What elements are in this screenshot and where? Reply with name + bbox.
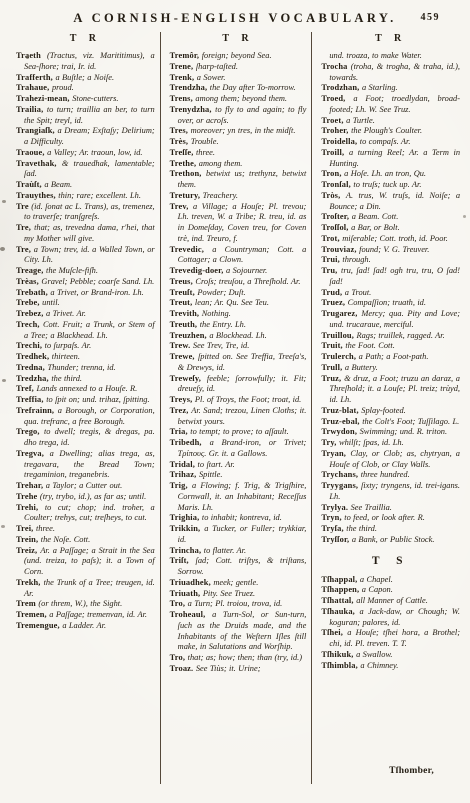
dictionary-entry: Tro, that; as; how; then; than (try, id.… <box>170 653 307 664</box>
entry-gloss: (try, trybo, id.), as far as; until. <box>40 492 146 501</box>
entry-headword: Trem <box>16 599 38 608</box>
entry-gloss: Thunder; trenna, id. <box>47 363 115 372</box>
entry-gloss: a Beam. Cott. <box>352 212 399 221</box>
entry-gloss: to feed, or look after. R. <box>344 513 425 522</box>
dictionary-entry: Triſt, ſad; Cott. triſtys, & triſtans, S… <box>170 556 307 578</box>
entry-gloss: Spittle. <box>199 470 223 479</box>
entry-headword: Trehar, <box>16 481 46 490</box>
dictionary-entry: Treage, the Muſcle-fiſh. <box>16 266 155 277</box>
dictionary-entry: Trem (or threm, W.), the Sight. <box>16 599 155 610</box>
dictionary-entry: und. troaza, to make Water. <box>321 51 460 62</box>
entry-headword: Treus, <box>170 277 196 286</box>
dictionary-entry: Trighia, to inhabit; kontreva, id. <box>170 513 307 524</box>
entry-gloss: a Town; trev, id. a Walled Town, or City… <box>24 245 155 265</box>
entry-headword: Trefrainn, <box>16 406 58 415</box>
ink-speck <box>26 56 29 59</box>
entry-headword: Trevedig-doer, <box>170 266 226 275</box>
dictionary-entry: Trulerch, a Path; a Foot-path. <box>321 352 460 363</box>
entry-headword: Tſhappal, <box>321 575 360 584</box>
entry-gloss: a Bank, or Public Stock. <box>352 535 435 544</box>
entry-headword: Trikkin, <box>170 524 205 533</box>
dictionary-entry: Trendzha, the Day after To-morrow. <box>170 83 307 94</box>
dictionary-entry: Trehar, a Taylor; a Cutter out. <box>16 481 155 492</box>
dictionary-entry: Trevedic, a Countryman; Cott. a Cottager… <box>170 245 307 267</box>
entry-gloss: a Taylor; a Cutter out. <box>46 481 123 490</box>
dictionary-entry: Tredzha, the third. <box>16 374 155 385</box>
entry-headword: Trethe, <box>170 159 199 168</box>
entry-gloss: among them; beyond them. <box>195 94 287 103</box>
entry-headword: Trafferth, <box>16 73 55 82</box>
dictionary-entry: Trud, a Trout. <box>321 288 460 299</box>
dictionary-entry: Trekh, the Trunk of a Tree; treugen, id.… <box>16 578 155 600</box>
dictionary-entry: Tremen, a Paſſage; tremenvan, id. Ar. <box>16 610 155 621</box>
dictionary-entry: Tròs, A. trus, W. truſs, id. Noiſe; a Bo… <box>321 191 460 213</box>
entry-headword: Trouviaz, <box>321 245 359 254</box>
entry-gloss: thin; rare; excellent. Lh. <box>58 191 141 200</box>
dictionary-entry: Tre, that; as, trevedna dama, r'hei, tha… <box>16 223 155 245</box>
entry-gloss: a Flowing; f. Trig, & Trigſhire, Cornwal… <box>178 481 307 512</box>
entry-headword: Truz-ebal, <box>321 417 362 426</box>
ink-speck <box>0 247 5 251</box>
entry-headword: Trahaue, <box>16 83 52 92</box>
entry-gloss: a Trivet, or Brand-iron. Lh. <box>50 288 143 297</box>
dictionary-entry: Troheaul, a Turn-Sol, or Sun-turn, ſuch … <box>170 610 307 653</box>
dictionary-entry: Troidella, to compaſs. Ar. <box>321 137 460 148</box>
entry-headword: Treuſt, <box>170 288 198 297</box>
dictionary-entry: Trego, to dwell; tregis, & dregas, pa. d… <box>16 427 155 449</box>
entry-headword: Treffia, <box>16 395 46 404</box>
entry-gloss: to flatter. Ar. <box>204 546 246 555</box>
dictionary-entry: Troher, the Plough's Coulter. <box>321 126 460 137</box>
entry-gloss: Ar. a Paſſage; a Strait in the Sea (und.… <box>24 546 155 577</box>
entry-headword: Tregva, <box>16 449 50 458</box>
entry-gloss: Nothing. <box>202 309 231 318</box>
entry-headword: Trychans, <box>321 470 360 479</box>
entry-gloss: a Beam. <box>44 180 72 189</box>
dictionary-entry: Triuadhek, meek; gentle. <box>170 578 307 589</box>
entry-gloss: to ſurpaſs. Ar. <box>45 341 92 350</box>
entry-headword: Tryygans, <box>321 481 361 490</box>
dictionary-entry: Tſhikuk, a Swallow. <box>321 650 460 661</box>
dictionary-entry: Tronſal, to truſs; tuck up. Ar. <box>321 180 460 191</box>
entry-headword: Trahezi-mean, <box>16 94 72 103</box>
entry-gloss: Treachery. <box>203 191 238 200</box>
dictionary-entry: Trevedig-doer, a Sojourner. <box>170 266 307 277</box>
entry-headword: Trekh, <box>16 578 44 587</box>
dictionary-entry: Triuath, Pity. See Truez. <box>170 589 307 600</box>
entry-gloss: und. troaza, to make Water. <box>329 51 421 60</box>
entry-gloss: a Sojourner. <box>226 266 267 275</box>
entry-gloss: a Buſtle; a Noiſe. <box>55 73 114 82</box>
entry-gloss: ſad; Cott. triſtys, & triſtans, Sorrow. <box>178 556 307 576</box>
ink-speck <box>2 379 6 382</box>
entry-headword: Troſter, <box>321 212 351 221</box>
entry-gloss: the Plough's Coulter. <box>351 126 422 135</box>
entry-gloss: through. <box>342 255 370 264</box>
dictionary-entry: Trull, a Buttery. <box>321 363 460 374</box>
dictionary-entry: Trei, three. <box>16 524 155 535</box>
entry-gloss: to truſs; tuck up. Ar. <box>353 180 421 189</box>
entry-gloss: a Swallow. <box>356 650 392 659</box>
dictionary-entry: Trèas, Gravel; Pebble; coarſe Sand. Lh. <box>16 277 155 288</box>
entry-headword: Troheaul, <box>170 610 212 619</box>
dictionary-entry: Trwydon, Swimming; und. R. triton. <box>321 427 460 438</box>
entry-headword: Trew. <box>170 341 193 350</box>
entry-gloss: that; as, trevedna dama, r'hei, that my … <box>24 223 155 243</box>
entry-gloss: A. trus, W. truſs, id. Noiſe; a Bounce; … <box>329 191 460 211</box>
dictionary-entry: Tregva, a Dwelling; alias trega, as, tre… <box>16 449 155 481</box>
entry-gloss: all Manner of Cattle. <box>356 596 428 605</box>
entry-headword: Tremen, <box>16 610 49 619</box>
entry-gloss: a Bar, or Bolt. <box>351 223 400 232</box>
dictionary-entry: Truz, & druz, a Foot; truzu an daraz, a … <box>321 374 460 406</box>
entry-gloss: among them. <box>199 159 243 168</box>
entry-gloss: Pity. See Truez. <box>203 589 255 598</box>
dictionary-entry: Trauythes, thin; rare; excellent. Lh. <box>16 191 155 202</box>
dictionary-entry: Trot, miſerable; Cott. troth, id. Poor. <box>321 234 460 245</box>
entry-headword: Tſhattal, <box>321 596 356 605</box>
entry-gloss: the Noſe. Cott. <box>41 535 90 544</box>
entry-headword: Triuadhek, <box>170 578 214 587</box>
entry-headword: Trez, <box>170 406 192 415</box>
entry-headword: Trenk, <box>170 73 197 82</box>
entry-headword: Trot, <box>321 234 342 243</box>
entry-gloss: meek; gentle. <box>213 578 258 587</box>
columns-container: T R Traeth (Tractus, viz. Marititimus), … <box>7 32 465 784</box>
entry-headword: Troed, <box>321 94 353 103</box>
dictionary-entry: Trein, the Noſe. Cott. <box>16 535 155 546</box>
page-title: A CORNISH-ENGLISH VOCABULARY. <box>73 11 396 26</box>
entry-gloss: three hundred. <box>361 470 410 479</box>
dictionary-entry: Tryygans, ſixty; tryngens, id. trei-igan… <box>321 481 460 503</box>
ink-speck <box>463 215 466 218</box>
entry-gloss: the Colt's Foot; Tuſſilago. L. <box>362 417 459 426</box>
entry-gloss: the Trunk of a Tree; treugen, id. Ar. <box>24 578 155 598</box>
entry-gloss: See Traillia. <box>351 503 392 512</box>
entry-gloss: a Turtle. <box>346 116 375 125</box>
entry-gloss: the Muſcle-fiſh. <box>46 266 98 275</box>
entry-gloss: a Chimney. <box>360 661 398 670</box>
entry-gloss: Ar. Sand; trezou, Linen Cloths; it. betw… <box>178 406 307 426</box>
entry-gloss: to compaſs. Ar. <box>360 137 411 146</box>
entry-headword: Trewe, <box>170 352 198 361</box>
entry-gloss: a Hoſe. Lh. an tron, Qu. <box>344 169 426 178</box>
entry-gloss: (id. ſonat ac L. Trans), as, tremenez, t… <box>24 202 155 222</box>
dictionary-entry: Treuſt, Powder; Duſt. <box>170 288 307 299</box>
dictionary-entry: Très, Trouble. <box>170 137 307 148</box>
entry-headword: Tryſſor, <box>321 535 352 544</box>
entry-gloss: the Day after To-morrow. <box>210 83 296 92</box>
dictionary-entry: Trene, ſharp-taſted. <box>170 62 307 73</box>
section-header: T S <box>321 555 460 567</box>
dictionary-entry: Traeth (Tractus, viz. Marititimus), a Se… <box>16 51 155 73</box>
dictionary-entry: Treweſy, feeble; ſorrowfully; it. Fit; d… <box>170 374 307 396</box>
dictionary-entry: Treus, Croſs; treuſou, a Threſhold. Ar. <box>170 277 307 288</box>
entry-headword: Trechi, <box>16 341 45 350</box>
entry-headword: Truz-blat, <box>321 406 361 415</box>
entry-headword: Trailia, <box>16 105 47 114</box>
column-header: T R <box>321 32 460 51</box>
entry-headword: Trehe <box>16 492 40 501</box>
entry-gloss: to inhabit; kontreva, id. <box>202 513 282 522</box>
entry-headword: Traeth <box>16 51 47 60</box>
dictionary-entry: Trenk, a Sower. <box>170 73 307 84</box>
entry-gloss: a Village; a Houſe; Pl. trevou; Lh. trev… <box>178 202 307 243</box>
column-body: Tremôr, foreign; beyond Sea.Trene, ſharp… <box>170 51 307 675</box>
entry-headword: Tre, <box>16 223 34 232</box>
entry-headword: Trein, <box>16 535 41 544</box>
entry-headword: Troher, <box>321 126 351 135</box>
entry-headword: Tron, <box>321 169 344 178</box>
entry-headword: Treut, <box>170 298 195 307</box>
dictionary-entry: Troed, a Foot; troedlydan, broad-footed;… <box>321 94 460 116</box>
dictionary-entry: Trethon, betwixt us; trethynz, betwixt t… <box>170 169 307 191</box>
entry-gloss: Compaſſion; truath, id. <box>348 298 426 307</box>
entry-headword: Tre, <box>16 245 34 254</box>
dictionary-entry: Trev, a Village; a Houſe; Pl. trevou; Lh… <box>170 202 307 245</box>
dictionary-entry: Trailia, to turn; traillia an ber, to tu… <box>16 105 155 127</box>
entry-gloss: a Turn; Pl. troiou, trova, id. <box>188 599 283 608</box>
entry-gloss: lean; Ar. Qu. See Teu. <box>195 298 269 307</box>
dictionary-entry: Tron, a Hoſe. Lh. an tron, Qu. <box>321 169 460 180</box>
column-body: und. troaza, to make Water.Trocha (troha… <box>321 51 460 671</box>
entry-gloss: Lands annexed to a Houſe. R. <box>36 384 137 393</box>
entry-headword: Trethon, <box>170 169 206 178</box>
entry-gloss: that; as; how; then; than (try, id.) <box>188 653 302 662</box>
dictionary-entry: Tremôr, foreign; beyond Sea. <box>170 51 307 62</box>
entry-headword: Tria, <box>170 427 191 436</box>
entry-headword: Trene, <box>170 62 196 71</box>
dictionary-entry: Tredhek, thirteen. <box>16 352 155 363</box>
entry-headword: Trech, <box>16 320 43 329</box>
entry-gloss: ſharp-taſted. <box>196 62 238 71</box>
entry-headword: Trui, <box>321 255 342 264</box>
entry-gloss: a Chapel. <box>360 575 393 584</box>
entry-headword: Troſſol, <box>321 223 351 232</box>
entry-gloss: & druz, a Foot; truzu an daraz, a Threſh… <box>329 374 460 405</box>
entry-gloss: a Buttery. <box>345 363 378 372</box>
entry-headword: Troidella, <box>321 137 359 146</box>
entry-gloss: a Path; a Foot-path. <box>359 352 429 361</box>
entry-gloss: See Tiùs; it. Urine; <box>196 664 261 673</box>
entry-headword: Tres, <box>170 126 191 135</box>
page-number: 459 <box>421 12 441 23</box>
dictionary-entry: Tru, tru, ſad! ſad! ogh tru, tru, O ſad!… <box>321 266 460 288</box>
entry-headword: Trwydon, <box>321 427 359 436</box>
entry-headword: Trauythes, <box>16 191 58 200</box>
entry-headword: Try, <box>321 438 339 447</box>
entry-headword: Tryn, <box>321 513 344 522</box>
dictionary-entry: Trens, among them; beyond them. <box>170 94 307 105</box>
entry-headword: Tſhauka, <box>321 607 359 616</box>
dictionary-entry: Trylya. See Traillia. <box>321 503 460 514</box>
entry-gloss: a Trout. <box>345 288 372 297</box>
entry-headword: Trull, <box>321 363 345 372</box>
entry-gloss: Powder; Duſt. <box>197 288 245 297</box>
entry-headword: Tſhappen, <box>321 585 361 594</box>
entry-gloss: to dwell; tregis, & dregas, pa. dho treg… <box>24 427 155 447</box>
entry-gloss: three. <box>36 524 55 533</box>
entry-gloss: a Valley; Ar. traoun, low, id. <box>47 148 142 157</box>
dictionary-entry: Troſſol, a Bar, or Bolt. <box>321 223 460 234</box>
entry-headword: Troill, <box>321 148 349 157</box>
dictionary-entry: Trugarez, Mercy; qua. Pity and Love; und… <box>321 309 460 331</box>
entry-headword: Troaz. <box>170 664 196 673</box>
dictionary-entry: Truz-blat, Splay-footed. <box>321 406 460 417</box>
entry-headword: Trud, <box>321 288 344 297</box>
entry-headword: Tredna, <box>16 363 47 372</box>
dictionary-entry: Trahezi-mean, Stone-cutters. <box>16 94 155 105</box>
dictionary-entry: Tſhei, a Houſe; tſhei hora, a Brothel; c… <box>321 628 460 650</box>
entry-gloss: until. <box>42 298 59 307</box>
dictionary-entry: Treuzhen, a Blockhead. Lh. <box>170 331 307 342</box>
dictionary-entry: Trig, a Flowing; f. Trig, & Trigſhire, C… <box>170 481 307 513</box>
entry-headword: Trevith, <box>170 309 202 318</box>
dictionary-entry: Trincha, to flatter. Ar. <box>170 546 307 557</box>
entry-headword: Très, <box>170 137 191 146</box>
dictionary-entry: Trebe, until. <box>16 298 155 309</box>
entry-headword: Trulerch, <box>321 352 358 361</box>
dictionary-entry: Tretury, Treachery. <box>170 191 307 202</box>
dictionary-entry: Try, whilſt; ſpas, id. Lh. <box>321 438 460 449</box>
entry-headword: Truz, <box>321 374 344 383</box>
entry-headword: Trighia, <box>170 513 202 522</box>
dictionary-entry: Tre (id. ſonat ac L. Trans), as, tremene… <box>16 202 155 224</box>
dictionary-entry: Trewe, ſpitted on. See Treffia, Treeſa's… <box>170 352 307 374</box>
dictionary-entry: Tria, to tempt; to prove; to aſſault. <box>170 427 307 438</box>
dictionary-entry: Trenydzha, to fly to and again; to fly o… <box>170 105 307 127</box>
entry-headword: Trenydzha, <box>170 105 215 114</box>
entry-headword: Tremengue, <box>16 621 62 630</box>
entry-headword: Travethak, <box>16 159 62 168</box>
catchword: Tſhomber, <box>389 766 434 776</box>
entry-gloss: a Paſſage; tremenvan, id. Ar. <box>49 610 147 619</box>
dictionary-entry: Trech, Cott. Fruit; a Trunk, or Stem of … <box>16 320 155 342</box>
column-header: T R <box>16 32 155 51</box>
entry-headword: Treweſy, <box>170 374 207 383</box>
dictionary-entry: Truz-ebal, the Colt's Foot; Tuſſilago. L… <box>321 417 460 428</box>
dictionary-entry: Tſhattal, all Manner of Cattle. <box>321 596 460 607</box>
entry-gloss: tru, ſad! ſad! ogh tru, tru, O ſad! ſad! <box>329 266 460 286</box>
dictionary-entry: Troet, a Turtle. <box>321 116 460 127</box>
entry-headword: Treage, <box>16 266 46 275</box>
entry-headword: Treiz, <box>16 546 40 555</box>
entry-gloss: a Sower. <box>197 73 226 82</box>
dictionary-entry: Trez, Ar. Sand; trezou, Linen Cloths; it… <box>170 406 307 428</box>
dictionary-entry: Trychans, three hundred. <box>321 470 460 481</box>
dictionary-entry: Trehe (try, trybo, id.), as far as; unti… <box>16 492 155 503</box>
dictionary-entry: Tſhimbla, a Chimney. <box>321 661 460 672</box>
entry-headword: Traùſt, <box>16 180 44 189</box>
entry-headword: Tſhikuk, <box>321 650 356 659</box>
entry-gloss: miſerable; Cott. troth, id. Poor. <box>342 234 448 243</box>
entry-gloss: to tempt; to prove; to aſſault. <box>190 427 288 436</box>
entry-headword: Trihaz, <box>170 470 199 479</box>
entry-gloss: Swimming; und. R. triton. <box>360 427 447 436</box>
entry-headword: Trincha, <box>170 546 204 555</box>
dictionary-entry: Tremengue, a Ladder. Ar. <box>16 621 155 632</box>
dictionary-entry: Trocha (troha, & trogha, & traha, id.), … <box>321 62 460 84</box>
entry-gloss: whilſt; ſpas, id. Lh. <box>339 438 404 447</box>
entry-headword: Tre <box>16 202 31 211</box>
entry-gloss: thirteen. <box>52 352 80 361</box>
entry-gloss: Cott. Fruit; a Trunk, or Stem of a Tree;… <box>24 320 155 340</box>
dictionary-entry: Tryn, to feed, or look after. R. <box>321 513 460 524</box>
entry-headword: Trèas, <box>16 277 41 286</box>
dictionary-entry: Troaz. See Tiùs; it. Urine; <box>170 664 307 675</box>
entry-headword: Tretury, <box>170 191 203 200</box>
entry-headword: Tredzha, <box>16 374 51 383</box>
entry-headword: Tridal, <box>170 460 198 469</box>
dictionary-entry: Tro, a Turn; Pl. troiou, trova, id. <box>170 599 307 610</box>
entry-headword: Trevedic, <box>170 245 213 254</box>
entry-headword: Treuth, <box>170 320 200 329</box>
entry-headword: Trugarez, <box>321 309 361 318</box>
entry-gloss: the third. <box>346 524 377 533</box>
entry-headword: Trehi, <box>16 503 45 512</box>
entry-gloss: three. <box>196 148 215 157</box>
entry-headword: Treys, <box>170 395 195 404</box>
entry-headword: Tryan, <box>321 449 350 458</box>
entry-headword: Troet, <box>321 116 346 125</box>
entry-gloss: Stone-cutters. <box>72 94 118 103</box>
dictionary-entry: Tryſa, the third. <box>321 524 460 535</box>
dictionary-entry: Tryan, Clay, or Clob; as, chytryan, a Ho… <box>321 449 460 471</box>
dictionary-entry: Traoue, a Valley; Ar. traoun, low, id. <box>16 148 155 159</box>
dictionary-entry: Traùſt, a Beam. <box>16 180 155 191</box>
dictionary-entry: Trebez, a Trivet. Ar. <box>16 309 155 320</box>
entry-headword: Tſhimbla, <box>321 661 360 670</box>
dictionary-entry: Trehi, to cut; chop; ind. troher, a Coul… <box>16 503 155 525</box>
entry-headword: Trebath, <box>16 288 50 297</box>
entry-gloss: Croſs; treuſou, a Threſhold. Ar. <box>195 277 300 286</box>
dictionary-entry: Trangiaſk, a Dream; Exſtaſy; Delirium; a… <box>16 126 155 148</box>
entry-headword: Trei, <box>16 524 36 533</box>
entry-gloss: a Capon. <box>362 585 393 594</box>
page-header: A CORNISH-ENGLISH VOCABULARY. 459 <box>0 0 470 30</box>
entry-gloss: Gravel; Pebble; coarſe Sand. Lh. <box>41 277 154 286</box>
entry-gloss: Rags; truillek, ragged. Ar. <box>357 331 445 340</box>
entry-headword: Trev, <box>170 202 193 211</box>
entry-headword: Triſt, <box>170 556 196 565</box>
entry-headword: Truit, <box>321 341 345 350</box>
entry-gloss: the third. <box>51 374 82 383</box>
dictionary-entry: Treuth, the Entry. Lh. <box>170 320 307 331</box>
dictionary-entry: Tryſſor, a Bank, or Public Stock. <box>321 535 460 546</box>
entry-headword: Trego, <box>16 427 44 436</box>
entry-headword: Tredhek, <box>16 352 52 361</box>
dictionary-entry: Tribedh, a Brand-iron, or Trivet; Τρίπου… <box>170 438 307 460</box>
dictionary-entry: Treys, Pl. of Troys, the Foot; troat, id… <box>170 395 307 406</box>
entry-headword: Tru, <box>321 266 341 275</box>
dictionary-entry: Tſhauka, a Jack-daw, or Chough; W. kogur… <box>321 607 460 629</box>
entry-gloss: a turning Reel; Ar. a Term in Hunting. <box>329 148 460 168</box>
dictionary-entry: Treut, lean; Ar. Qu. See Teu. <box>170 298 307 309</box>
entry-headword: Truez, <box>321 298 347 307</box>
dictionary-entry: Tref, Lands annexed to a Houſe. R. <box>16 384 155 395</box>
entry-headword: Trens, <box>170 94 196 103</box>
dictionary-entry: Trouviaz, found; V. G. Treuver. <box>321 245 460 256</box>
column-header: T R <box>170 32 307 51</box>
dictionary-entry: Travethak, & trauedhak, lamentable; ſad. <box>16 159 155 181</box>
entry-gloss: a Houſe; tſhei hora, a Brothel; chi, id.… <box>329 628 460 648</box>
entry-headword: Trylya. <box>321 503 350 512</box>
entry-headword: Trendzha, <box>170 83 210 92</box>
ink-speck <box>2 200 6 203</box>
dictionary-entry: Truez, Compaſſion; truath, id. <box>321 298 460 309</box>
entry-headword: Tribedh, <box>170 438 210 447</box>
entry-headword: Tronſal, <box>321 180 353 189</box>
